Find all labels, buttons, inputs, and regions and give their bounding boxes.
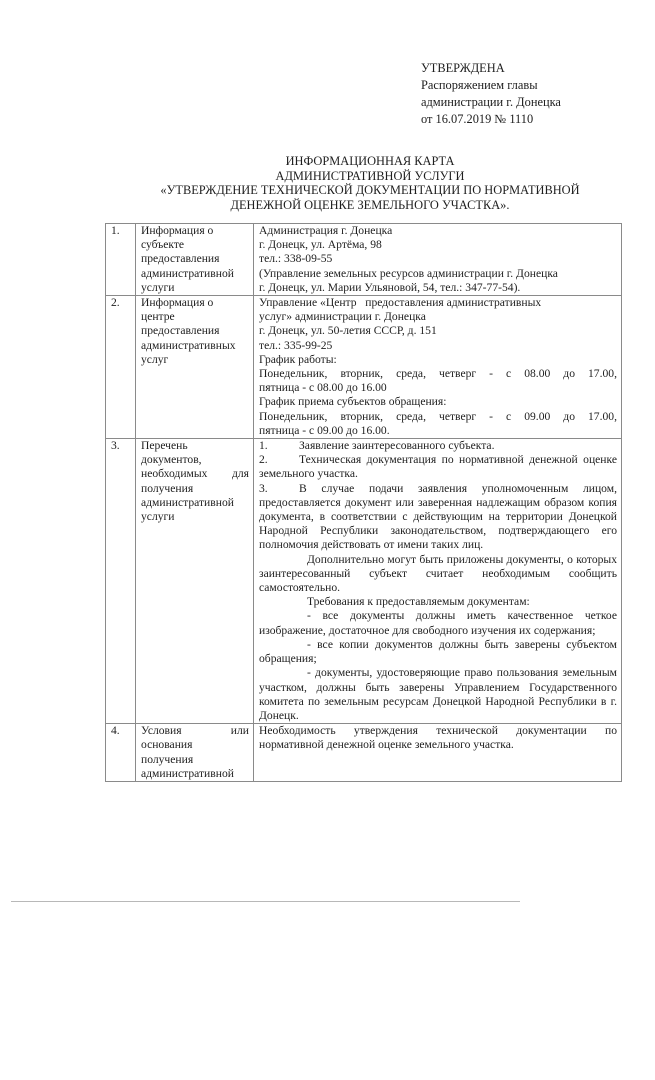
content-line: пятница - с 09.00 до 16.00. [259,424,617,438]
content-line: График работы: [259,353,617,367]
row-label: Перечень документов, необходимых для пол… [136,439,254,724]
label-line: услуг [141,353,249,367]
label-line: административной [141,267,249,281]
item-text: В случае подачи заявления уполномоченным… [259,482,617,552]
additional-docs-note: Дополнительно могут быть приложены докум… [259,553,617,596]
label-line: предоставления [141,252,249,266]
item-number: 3. [259,482,299,496]
label-line: основания [141,738,249,752]
requirement-item: - все документы должны иметь качественно… [259,609,617,637]
requirement-item: - все копии документов должны быть завер… [259,638,617,666]
label-line: документов, [141,453,249,467]
content-line: услуг» администрации г. Донецка [259,310,617,324]
row-content: Необходимость утверждения технической до… [254,724,622,782]
document-item: 1. Заявление заинтересованного субъекта. [259,439,617,453]
content-line: График приема субъектов обращения: [259,395,617,409]
document-item: 2.Техническая документация по нормативно… [259,453,617,481]
content-line: г. Донецк, ул. Марии Ульяновой, 54, тел.… [259,281,617,295]
document-item: 3.В случае подачи заявления уполномоченн… [259,482,617,553]
table-row: 1. Информация о субъекте предоставления … [106,224,622,296]
content-line: тел.: 338-09-55 [259,252,617,266]
approval-line: Распоряжением главы [421,77,561,94]
title-line: АДМИНИСТРАТИВНОЙ УСЛУГИ [100,169,640,184]
label-line: предоставления [141,324,249,338]
row-content: Администрация г. Донецка г. Донецк, ул. … [254,224,622,296]
content-line: Управление «Центр предоставления админис… [259,296,617,310]
label-line: Информация о [141,296,249,310]
label-line: услуги [141,281,249,295]
label-line: субъекте [141,238,249,252]
label-line: административной [141,496,249,510]
title-line: ДЕНЕЖНОЙ ОЦЕНКЕ ЗЕМЕЛЬНОГО УЧАСТКА». [100,198,640,213]
requirements-heading: Требования к предоставляемым документам: [259,595,617,609]
label-line: Информация о [141,224,249,238]
label-line: услуги [141,510,249,524]
requirement-item: - документы, удостоверяющие право пользо… [259,666,617,723]
schedule-line: Понедельник, вторник, среда, четверг - с… [259,367,617,381]
row-label: Условия или основания получения админист… [136,724,254,782]
approval-line: от 16.07.2019 № 1110 [421,111,561,128]
content-line: г. Донецк, ул. 50-летия СССР, д. 151 [259,324,617,338]
item-number: 1. [259,439,299,453]
title-line: «УТВЕРЖДЕНИЕ ТЕХНИЧЕСКОЙ ДОКУМЕНТАЦИИ ПО… [100,183,640,198]
label-line: получения [141,753,249,767]
table-row: 4. Условия или основания получения админ… [106,724,622,782]
info-card-table: 1. Информация о субъекте предоставления … [105,223,622,782]
schedule-line: Понедельник, вторник, среда, четверг - с… [259,410,617,424]
label-line: получения [141,482,249,496]
content-line: пятница - с 08.00 до 16.00 [259,381,617,395]
row-content: Управление «Центр предоставления админис… [254,296,622,439]
content-line: тел.: 335-99-25 [259,339,617,353]
table-row: 3. Перечень документов, необходимых для … [106,439,622,724]
label-line: Перечень [141,439,249,453]
label-line: административной [141,767,249,781]
row-number: 1. [106,224,136,296]
item-text: Заявление заинтересованного субъекта. [299,439,494,453]
approval-line: УТВЕРЖДЕНА [421,60,561,77]
content-line: (Управление земельных ресурсов администр… [259,267,617,281]
approval-stamp: УТВЕРЖДЕНА Распоряжением главы администр… [421,60,561,128]
document-title: ИНФОРМАЦИОННАЯ КАРТА АДМИНИСТРАТИВНОЙ УС… [100,154,640,212]
row-number: 2. [106,296,136,439]
row-number: 4. [106,724,136,782]
page-footer-divider [11,901,520,902]
content-line: Администрация г. Донецка [259,224,617,238]
label-line: центре [141,310,249,324]
row-label: Информация о центре предоставления админ… [136,296,254,439]
row-number: 3. [106,439,136,724]
label-line: административных [141,339,249,353]
table-row: 2. Информация о центре предоставления ад… [106,296,622,439]
row-content: 1. Заявление заинтересованного субъекта.… [254,439,622,724]
content-line: г. Донецк, ул. Артёма, 98 [259,238,617,252]
title-line: ИНФОРМАЦИОННАЯ КАРТА [100,154,640,169]
label-line: Условия или [141,724,249,738]
item-number: 2. [259,453,299,467]
label-line: необходимых для [141,467,249,481]
item-text: Техническая документация по нормативной … [259,453,617,480]
approval-line: администрации г. Донецка [421,94,561,111]
row-label: Информация о субъекте предоставления адм… [136,224,254,296]
